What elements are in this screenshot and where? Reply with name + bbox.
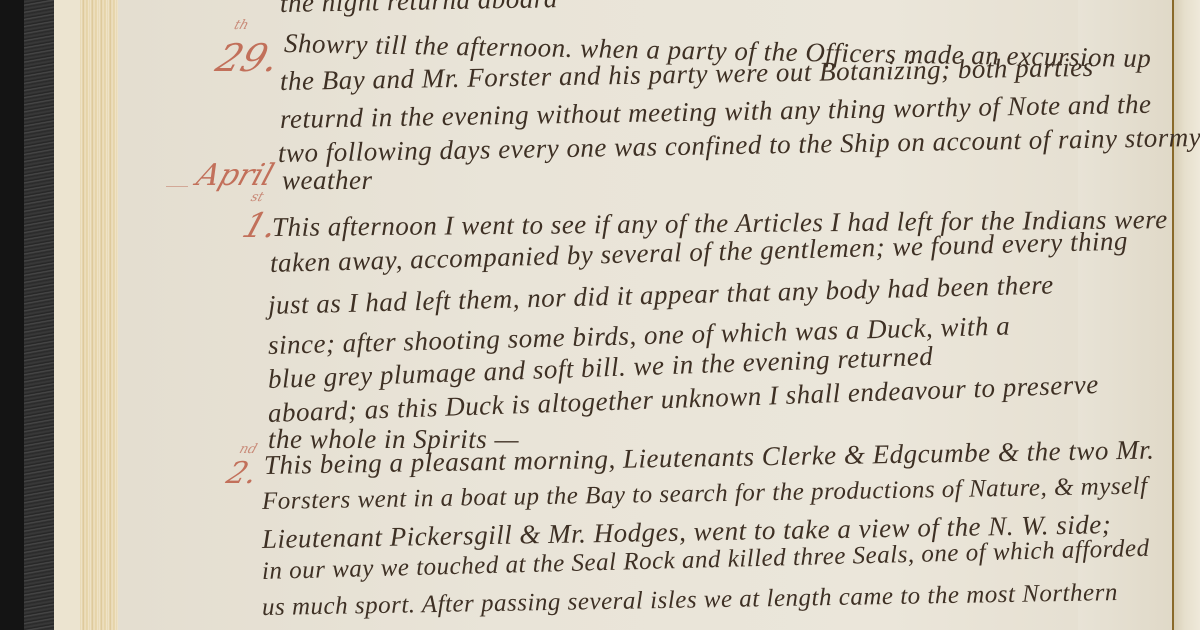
page-stack xyxy=(80,0,118,630)
book-binding xyxy=(0,0,24,630)
binding-cloth xyxy=(24,0,54,630)
page-edge-left xyxy=(54,0,80,630)
margin-month-label: April xyxy=(192,158,278,193)
manuscript-line: weather xyxy=(282,165,373,196)
margin-dash xyxy=(166,186,188,187)
margin-month-april: April xyxy=(192,158,278,193)
page-edge-right xyxy=(1174,0,1200,630)
